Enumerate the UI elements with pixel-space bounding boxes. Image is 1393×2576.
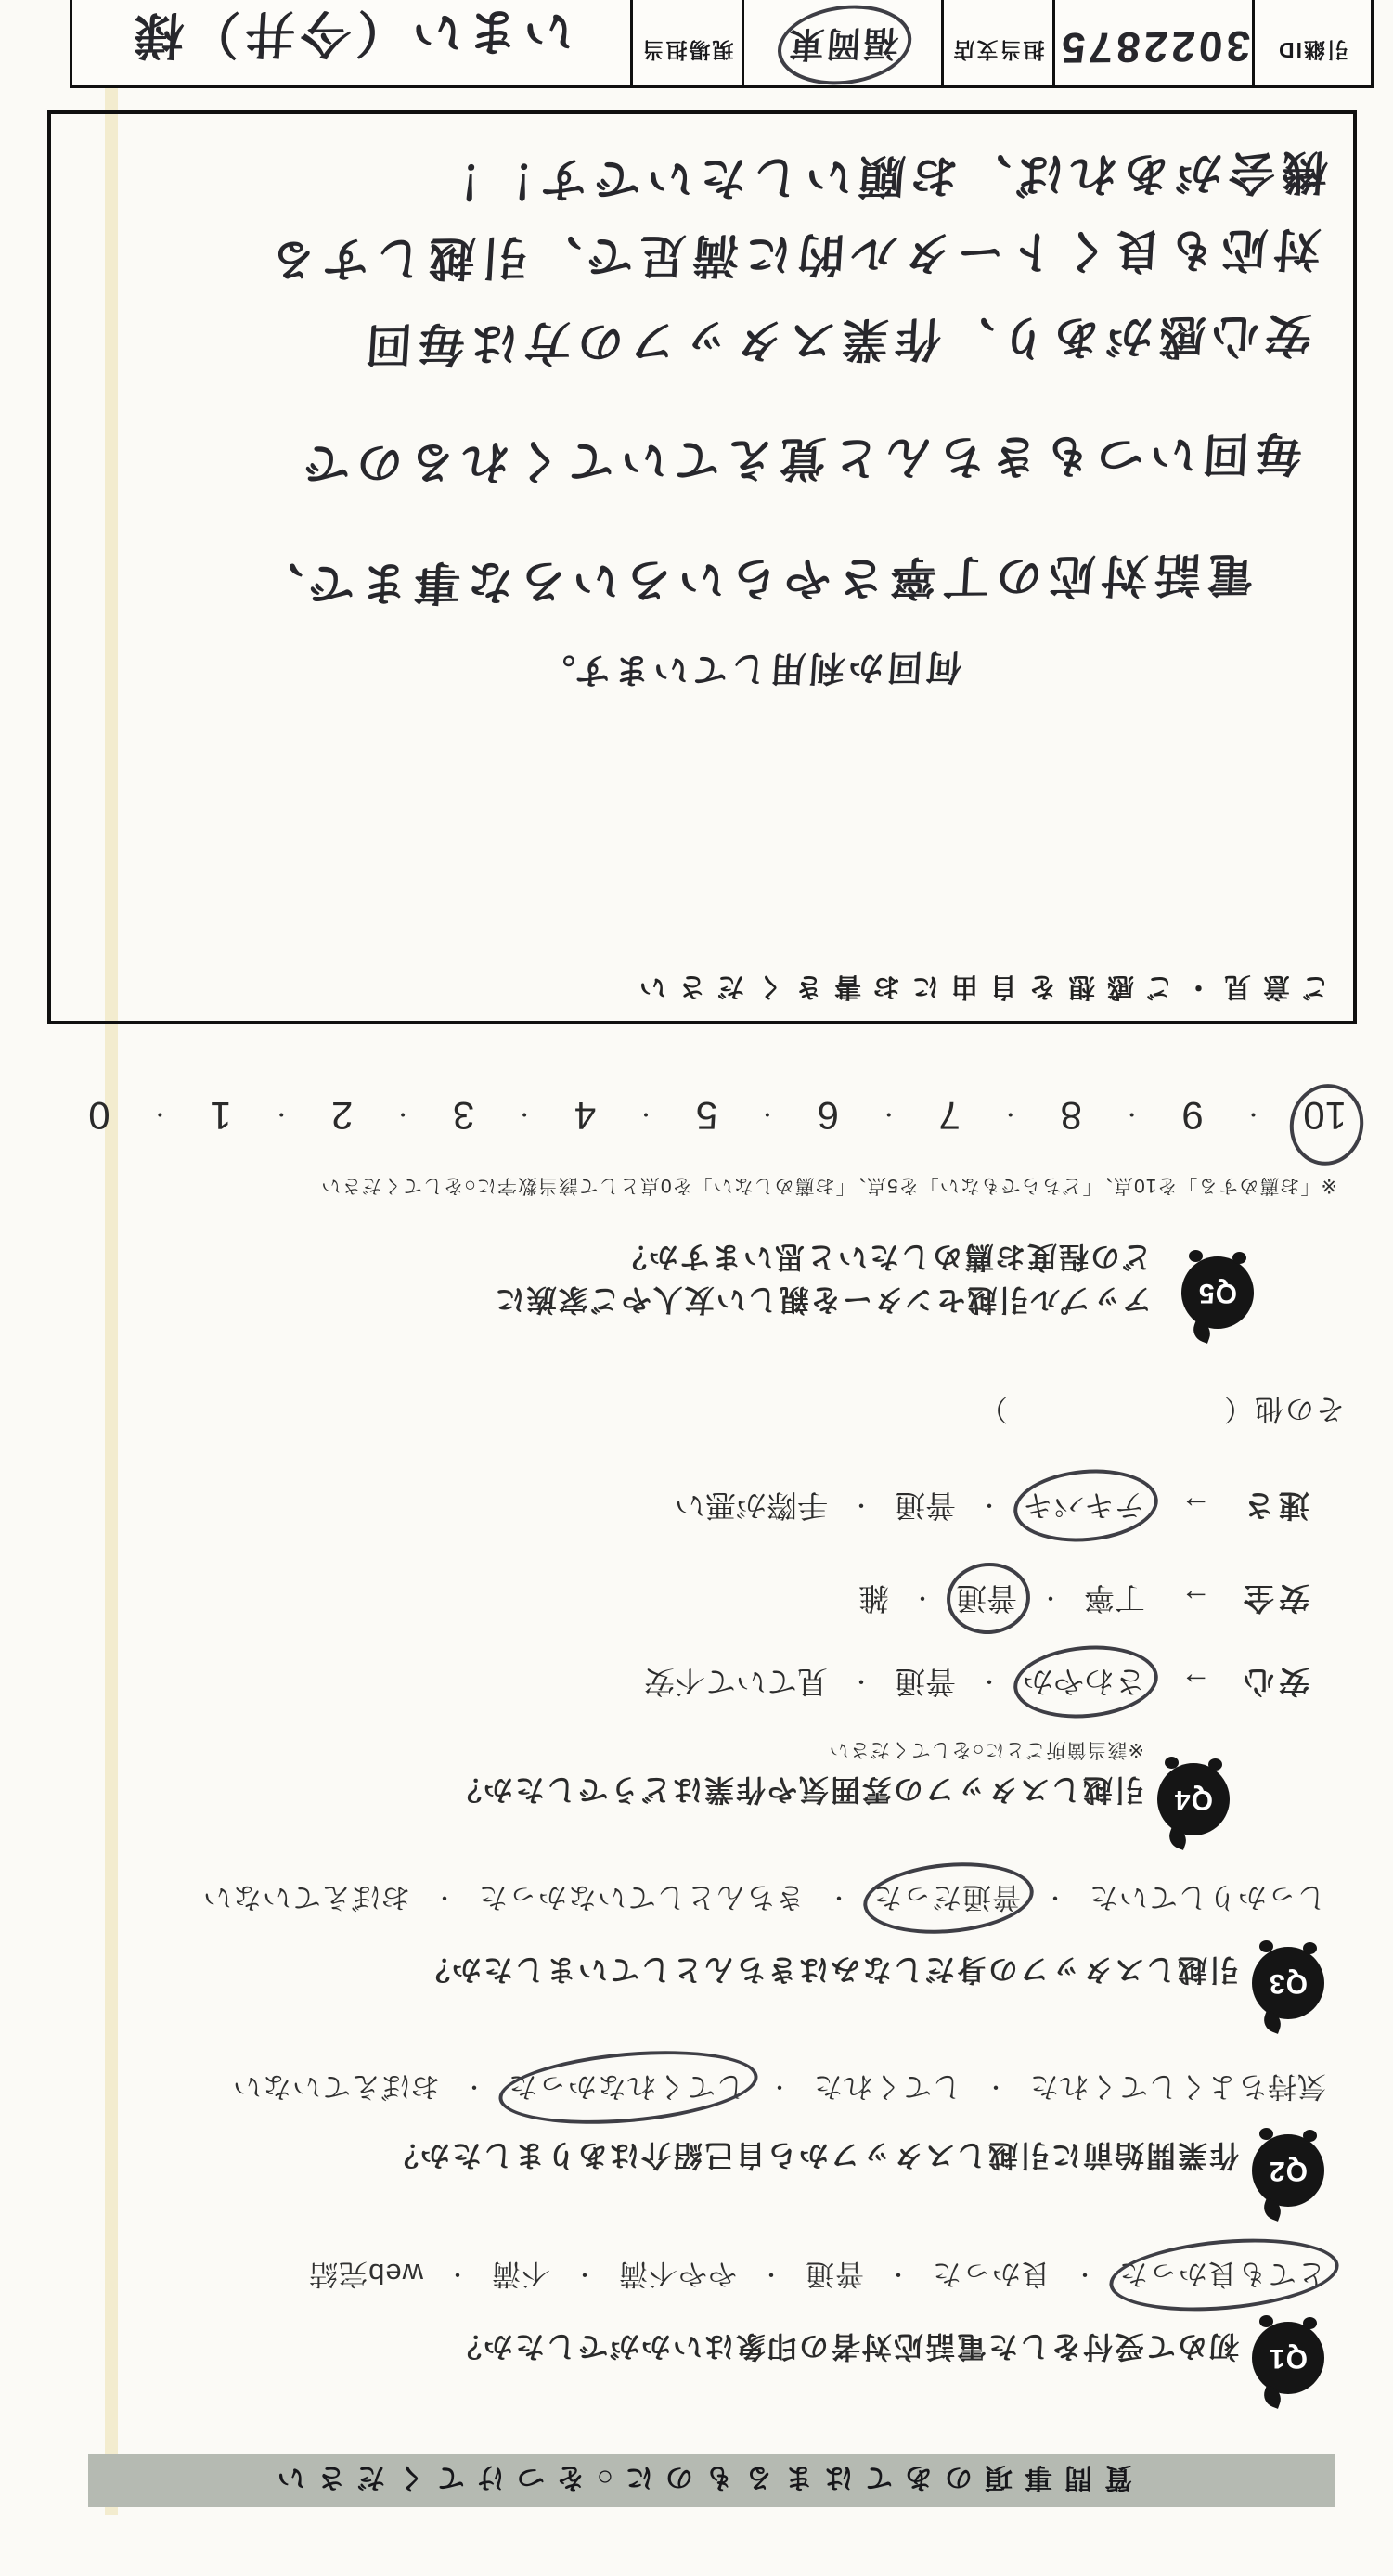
staff-name-handwriting: いまい（今井）様 (126, 0, 576, 75)
q4-badge-icon: Q4 (1157, 1763, 1230, 1835)
handwritten-comment-line: 毎回いつもきちんと覚えていてくれるので (295, 423, 1304, 500)
q1-option-selected: とても良かった (1118, 2256, 1326, 2298)
q4-question: 引越しスタッフの雰囲気や作業はどうでしたか？ (450, 1771, 1144, 1813)
q3-options: しっかりしていた ・ 普通だった ・ きちんとしていなかった ・ おぼえていない (202, 1879, 1326, 1921)
q1-badge-icon: Q1 (1252, 2322, 1324, 2394)
q3-badge-icon: Q3 (1252, 1947, 1324, 2019)
q5-badge-icon: Q5 (1181, 1256, 1254, 1329)
upside-down-scan-content: 質問事項のあてはまるものに○をつけてください Q1 初めて受付をした電話応対者の… (0, 0, 1393, 2576)
q1-option: やや不満 (618, 2256, 737, 2298)
option-separator: ・ (850, 1491, 872, 1524)
q4-row-option-selected: さわやか (1023, 1662, 1145, 1706)
q2-badge-icon: Q2 (1252, 2134, 1324, 2207)
handwritten-comment-line: 機会があれば、お願いしたいです！！ (427, 142, 1330, 218)
q2-option: おぼえていない (232, 2068, 440, 2110)
option-separator: ・ (432, 1884, 456, 1916)
q4-row-option: 見ていて不安 (644, 1662, 828, 1706)
q5-badge: Q5 (1181, 1256, 1254, 1329)
comment-box-label: ご意見・ご感想を自由にお書きください (627, 970, 1329, 1008)
q1-option: web完結 (308, 2256, 423, 2298)
handover-id-handwriting: 3022875 (1056, 21, 1251, 73)
q4-other-field: その他（ ） (977, 1391, 1345, 1433)
q4-row-hayasa: 速さ → テキパキ ・ 普通 ・ 手際が悪い (675, 1486, 1309, 1529)
q1-options: とても良かった ・ 良かった ・ 普通 ・ やや不満 ・ 不満 ・ web完結 (308, 2256, 1326, 2298)
scale-separator: ・ (393, 1101, 413, 1130)
scale-separator: ・ (514, 1101, 535, 1130)
option-separator: ・ (827, 1884, 850, 1916)
q5-question-line2: どの程度お薦めしたいと思いますか？ (615, 1238, 1152, 1281)
scanned-survey-sheet: 質問事項のあてはまるものに○をつけてください Q1 初めて受付をした電話応対者の… (0, 0, 1393, 2576)
scale-value: 3 (453, 1093, 474, 1138)
q3-option: きちんとしていなかった (478, 1879, 805, 1921)
q4-row-label: 安全 (1239, 1578, 1309, 1622)
q2-option: してくれた (813, 2068, 961, 2110)
scale-separator: ・ (149, 1101, 170, 1130)
nps-scale: 10 ・ 9 ・ 8 ・ 7 ・ 6 ・ 5 ・ 4 ・ 3 ・ 2 ・ 1 ・… (88, 1093, 1347, 1138)
option-separator: ・ (978, 1491, 1000, 1524)
q2-option-selected: してくれなかった (508, 2068, 745, 2110)
option-separator: ・ (767, 2073, 791, 2106)
handover-id-value: 3022875 (1055, 0, 1255, 85)
scale-value: 7 (939, 1093, 961, 1138)
scale-value: 8 (1060, 1093, 1081, 1138)
q2-question: 作業開始前に引越しスタッフから自己紹介はありましたか？ (387, 2136, 1239, 2179)
q3-option-selected: 普通だった (872, 1879, 1021, 1921)
staff-label: 現場担当 (633, 0, 744, 85)
scale-value: 0 (88, 1093, 110, 1138)
scale-separator: ・ (1244, 1101, 1264, 1130)
scale-separator: ・ (1122, 1101, 1142, 1130)
option-separator: ・ (1073, 2260, 1096, 2293)
q1-option: 不満 (491, 2256, 550, 2298)
branch-value: 福岡東 (744, 0, 944, 85)
q5-note: ※「お薦めする」を10点、「どちらでもない」を5点、「お薦めしない」を0点として… (320, 1173, 1337, 1201)
option-separator: ・ (911, 1584, 934, 1616)
q4-row-option: 雑 (858, 1578, 889, 1622)
scale-value: 1 (210, 1093, 231, 1138)
handwritten-comment-line: 対応も良くトータル的に満足で、引越しする (262, 219, 1322, 297)
scale-separator: ・ (879, 1101, 899, 1130)
option-separator: ・ (984, 2073, 1007, 2106)
scale-separator: ・ (271, 1101, 291, 1130)
q3-option: しっかりしていた (1089, 1879, 1326, 1921)
option-separator: ・ (573, 2260, 596, 2293)
survey-title-bar: 質問事項のあてはまるものに○をつけてください (88, 2454, 1335, 2507)
q4-row-option: 普通 (895, 1662, 956, 1706)
q1-option: 良かった (932, 2256, 1051, 2298)
q1-option: 普通 (805, 2256, 864, 2298)
q4-row-option-selected: テキパキ (1023, 1486, 1145, 1529)
q4-row-label: 安心 (1239, 1662, 1309, 1706)
scale-separator: ・ (636, 1101, 656, 1130)
handwritten-comment-line: 安心感があり、作業スタッフの方は毎回 (357, 305, 1313, 382)
option-separator: ・ (759, 2260, 782, 2293)
q4-row-option: 手際が悪い (675, 1486, 828, 1529)
survey-title-text: 質問事項のあてはまるものに○をつけてください (265, 2461, 1132, 2502)
scale-value: 5 (696, 1093, 717, 1138)
q3-badge: Q3 (1252, 1947, 1324, 2019)
option-separator: ・ (850, 1668, 872, 1700)
option-separator: ・ (1039, 1584, 1062, 1616)
q4-row-anzen: 安全 → 丁寧 ・ 普通 ・ 雑 (858, 1578, 1309, 1622)
option-separator: ・ (978, 1668, 1000, 1700)
arrow-right-icon: → (1180, 1583, 1211, 1618)
q1-badge: Q1 (1252, 2322, 1324, 2394)
option-separator: ・ (886, 2260, 909, 2293)
handover-id-table: 引継ID 3022875 担当支店 福岡東 現場担当 いまい（今井）様 (70, 0, 1374, 88)
q4-badge: Q4 (1157, 1763, 1230, 1835)
scale-separator: ・ (757, 1101, 778, 1130)
option-separator: ・ (445, 2260, 469, 2293)
scale-value: 2 (331, 1093, 353, 1138)
arrow-right-icon: → (1180, 1667, 1211, 1702)
option-separator: ・ (462, 2073, 485, 2106)
handover-id-label: 引継ID (1255, 0, 1371, 85)
scale-separator: ・ (1000, 1101, 1021, 1130)
branch-handwriting-circled: 福岡東 (785, 20, 899, 72)
q1-question: 初めて受付をした電話応対者の印象はいかがでしたか？ (450, 2327, 1239, 2370)
q2-option: 気持ちよくしてくれた (1029, 2068, 1326, 2110)
branch-label: 担当支店 (944, 0, 1055, 85)
q4-row-anshin: 安心 → さわやか ・ 普通 ・ 見ていて不安 (644, 1662, 1309, 1706)
q4-note: ※該当箇所ごとに○をしてください (829, 1737, 1144, 1765)
option-separator: ・ (1043, 1884, 1066, 1916)
arrow-right-icon: → (1180, 1490, 1211, 1526)
q2-options: 気持ちよくしてくれた ・ してくれた ・ してくれなかった ・ おぼえていない (232, 2068, 1326, 2110)
q5-question-line1: アップル引越センターを親しい友人やご家族に (494, 1281, 1152, 1323)
q3-question: 引越しスタッフの身だしなみはきちんとしていましたか？ (419, 1951, 1239, 1993)
scale-value: 6 (818, 1093, 839, 1138)
scale-value: 9 (1181, 1093, 1203, 1138)
scale-value: 4 (574, 1093, 596, 1138)
scale-value-selected: 10 (1303, 1093, 1347, 1138)
q4-row-option: 普通 (895, 1486, 956, 1529)
q4-row-option-selected: 普通 (956, 1578, 1017, 1622)
handwritten-comment-line: 電話対応の丁寧さやらいろいろな事まで、 (248, 544, 1256, 621)
q3-option: おぼえていない (202, 1879, 410, 1921)
q4-row-label: 速さ (1239, 1486, 1309, 1529)
q4-row-option: 丁寧 (1084, 1578, 1145, 1622)
staff-value: いまい（今井）様 (72, 0, 633, 85)
handwritten-comment-line: 何回か利用しています。 (534, 645, 962, 701)
q2-badge: Q2 (1252, 2134, 1324, 2207)
